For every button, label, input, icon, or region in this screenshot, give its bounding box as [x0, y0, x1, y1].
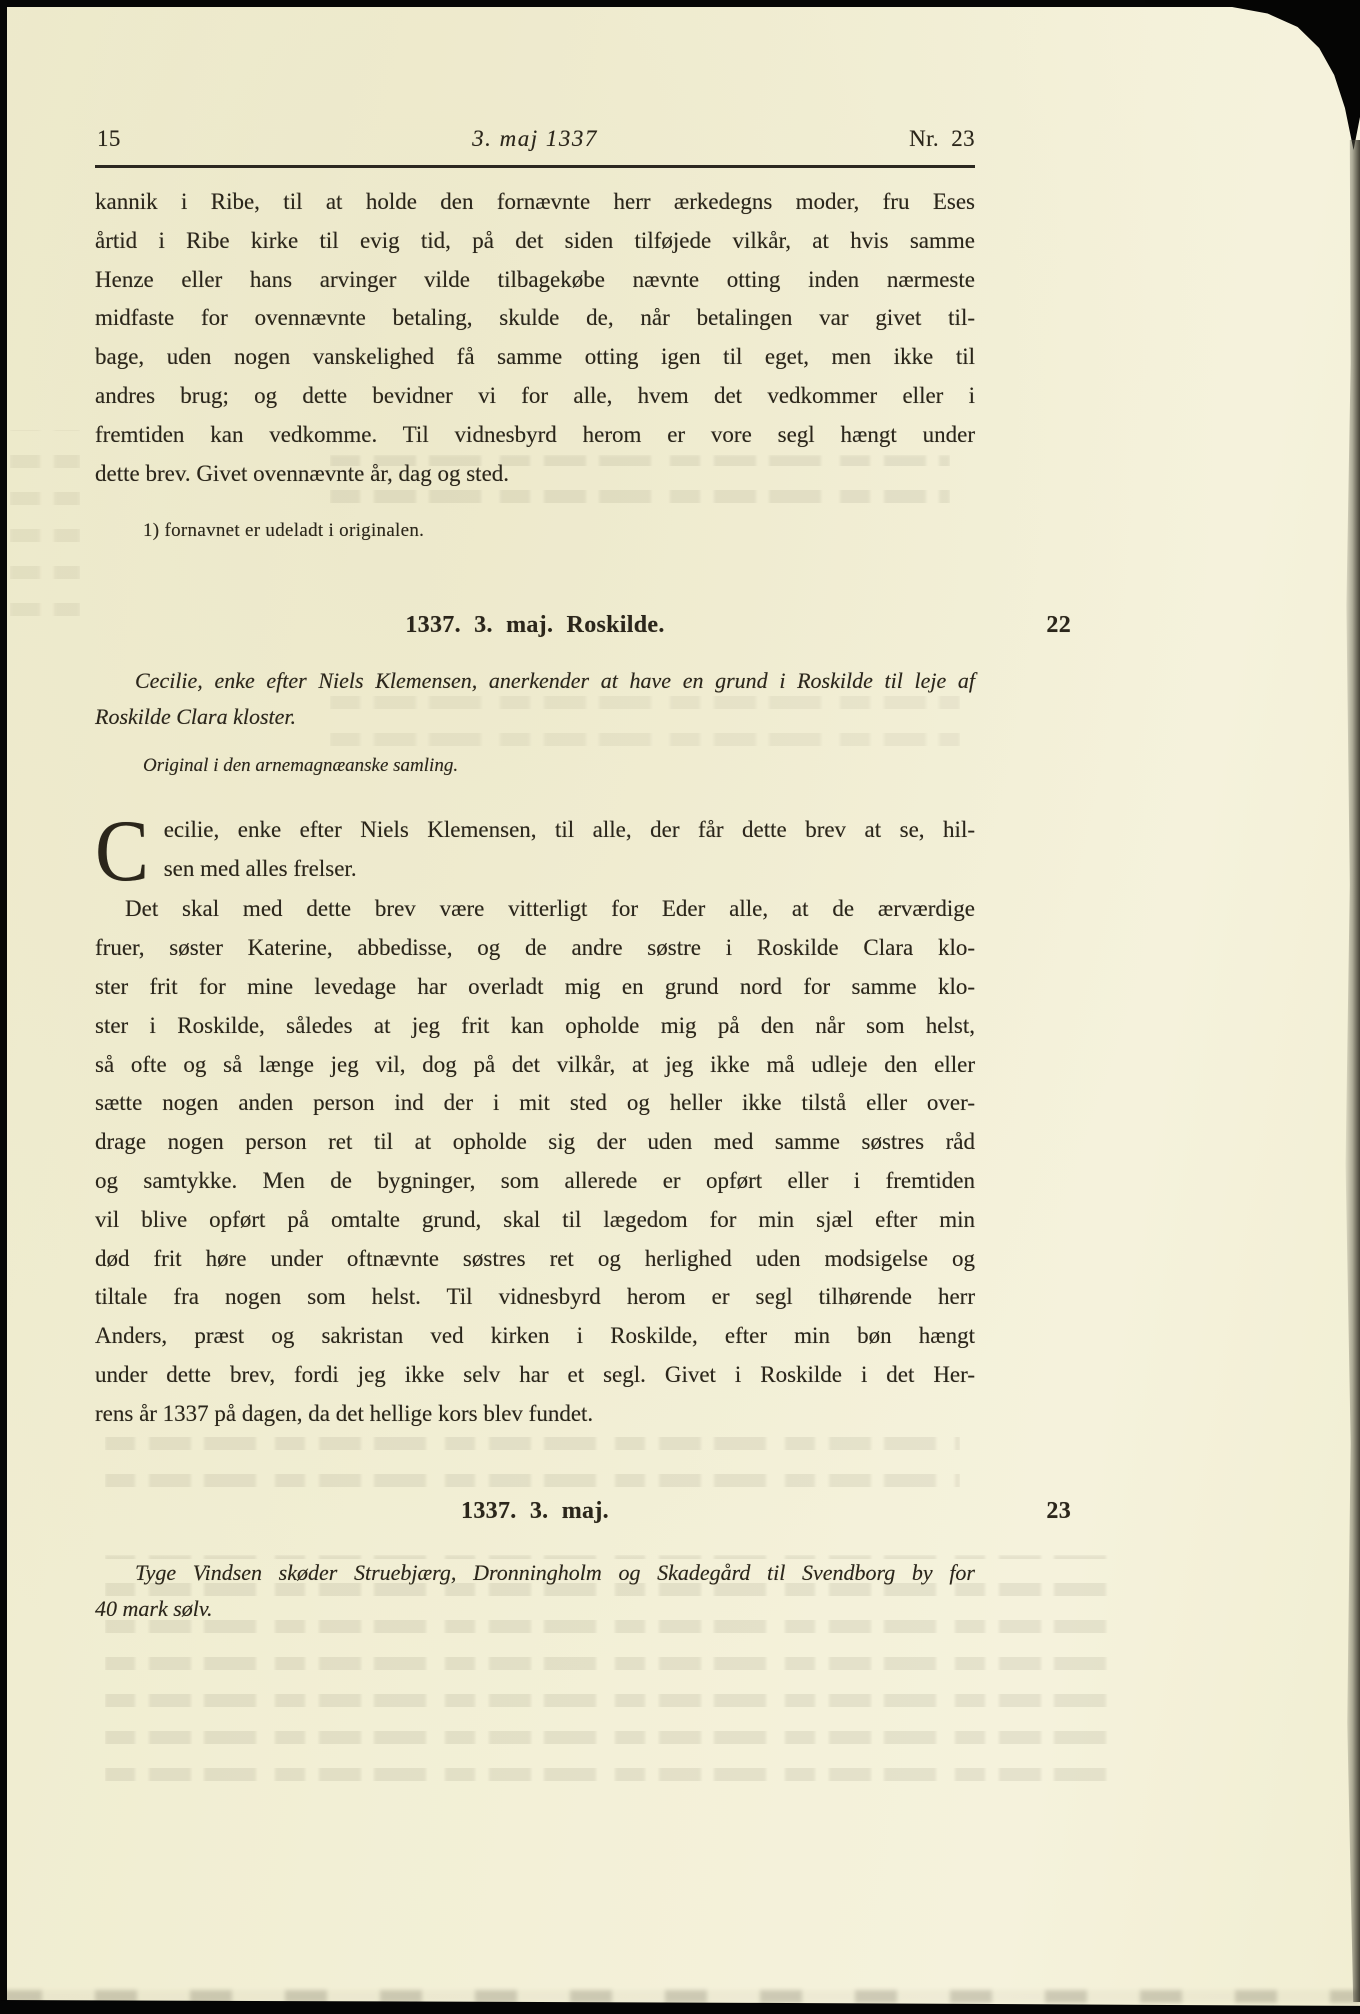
entry-ref: Nr. 23 — [909, 126, 975, 152]
text-line: Henze eller hans arvinger vilde tilbagek… — [95, 261, 975, 300]
text-line: sætte nogen anden person ind der i mit s… — [95, 1084, 975, 1123]
text-line: Cecilie, enke efter Niels Klemensen, ane… — [95, 663, 975, 699]
entry23-heading-row: 1337. 3. maj. 23 — [95, 1498, 975, 1525]
entry22-regest: Cecilie, enke efter Niels Klemensen, ane… — [95, 663, 975, 735]
entry23-number: 23 — [1046, 1498, 1071, 1525]
text-line: Anders, præst og sakristan ved kirken i … — [95, 1317, 975, 1356]
running-header: 15 3. maj 1337 Nr. 23 — [95, 126, 975, 158]
scanned-page: 15 3. maj 1337 Nr. 23 kannik i Ribe, til… — [0, 0, 1360, 2014]
text-line: så ofte og så længe jeg vil, dog på det … — [95, 1046, 975, 1085]
running-title: 3. maj 1337 — [95, 126, 975, 152]
entry22-opening-lines: ecilie, enke efter Niels Klemensen, til … — [95, 811, 975, 889]
entry23-regest: Tyge Vindsen skøder Struebjærg, Dronning… — [95, 1555, 975, 1627]
text-line: ster i Roskilde, således at jeg frit kan… — [95, 1007, 975, 1046]
entry23-date-heading: 1337. 3. maj. — [461, 1498, 609, 1524]
text-line: ster frit for mine levedage har overladt… — [95, 968, 975, 1007]
text-column: 15 3. maj 1337 Nr. 23 kannik i Ribe, til… — [95, 0, 975, 1627]
text-line: Tyge Vindsen skøder Struebjærg, Dronning… — [95, 1555, 975, 1591]
showthrough-ghost — [10, 430, 80, 640]
entry22-date-heading: 1337. 3. maj. Roskilde. — [405, 612, 664, 638]
text-line: årtid i Ribe kirke til evig tid, på det … — [95, 222, 975, 261]
text-line: rens år 1337 på dagen, da det hellige ko… — [95, 1395, 975, 1434]
text-line: andres brug; og dette bevidner vi for al… — [95, 377, 975, 416]
text-line: sen med alles frelser. — [95, 850, 975, 889]
text-line: dette brev. Givet ovennævnte år, dag og … — [95, 455, 975, 494]
dropcap-initial: C — [95, 816, 149, 890]
entry22-source-note: Original i den arnemagnæanske samling. — [95, 755, 975, 777]
entry22-opening-paragraph: C ecilie, enke efter Niels Klemensen, ti… — [95, 811, 975, 889]
text-line: kannik i Ribe, til at holde den fornævnt… — [95, 183, 975, 222]
text-line: under dette brev, fordi jeg ikke selv ha… — [95, 1356, 975, 1395]
scan-edge-left — [0, 0, 7, 2014]
entry22-number: 22 — [1046, 612, 1071, 639]
scan-corner-top-right — [1145, 0, 1360, 150]
entry21-continuation-paragraph: kannik i Ribe, til at holde den fornævnt… — [95, 183, 975, 493]
text-line: Det skal med dette brev være vitterligt … — [95, 890, 975, 929]
text-line: fremtiden kan vedkomme. Til vidnesbyrd h… — [95, 416, 975, 455]
text-line: fruer, søster Katerine, abbedisse, og de… — [95, 929, 975, 968]
text-line: midfaste for ovennævnte betaling, skulde… — [95, 299, 975, 338]
text-line: 40 mark sølv. — [95, 1591, 975, 1627]
footnote: 1) fornavnet er udeladt i originalen. — [95, 520, 975, 542]
text-line: død frit høre under oftnævnte søstres re… — [95, 1240, 975, 1279]
header-rule — [95, 165, 975, 168]
entry22-body-paragraph: Det skal med dette brev være vitterligt … — [95, 890, 975, 1433]
text-line: bage, uden nogen vanskelighed få samme o… — [95, 338, 975, 377]
text-line: ecilie, enke efter Niels Klemensen, til … — [95, 811, 975, 850]
entry22-heading-row: 1337. 3. maj. Roskilde. 22 — [95, 612, 975, 639]
text-line: vil blive opført på omtalte grund, skal … — [95, 1201, 975, 1240]
text-line: og samtykke. Men de bygninger, som aller… — [95, 1162, 975, 1201]
text-line: Roskilde Clara kloster. — [95, 699, 975, 735]
scan-edge-right — [1343, 140, 1360, 2002]
text-line: tiltale fra nogen som helst. Til vidnesb… — [95, 1278, 975, 1317]
book-page: 15 3. maj 1337 Nr. 23 kannik i Ribe, til… — [0, 0, 1360, 2014]
text-line: drage nogen person ret til at opholde si… — [95, 1123, 975, 1162]
